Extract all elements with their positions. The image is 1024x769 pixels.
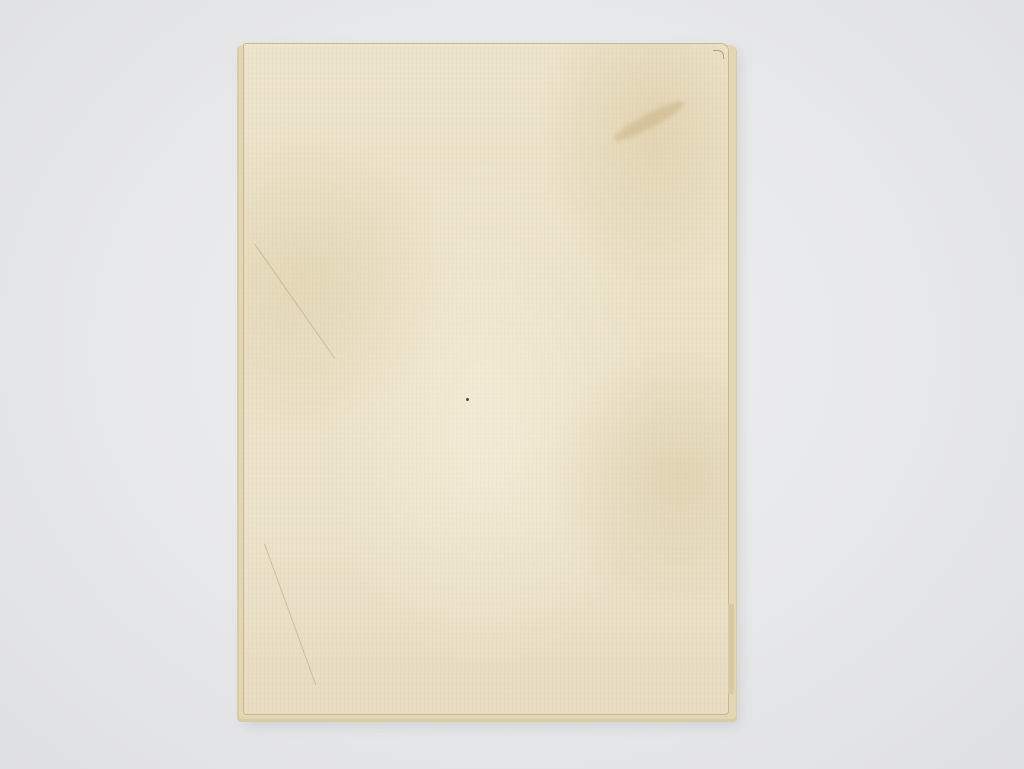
edge-wear	[728, 604, 734, 694]
booklet-cover	[243, 43, 729, 715]
cover-stain	[610, 96, 687, 146]
cover-speck	[466, 398, 469, 401]
cover-crease	[254, 243, 335, 358]
photo-scene	[0, 0, 1024, 769]
cover-crease	[264, 544, 316, 685]
corner-wear	[713, 50, 724, 59]
